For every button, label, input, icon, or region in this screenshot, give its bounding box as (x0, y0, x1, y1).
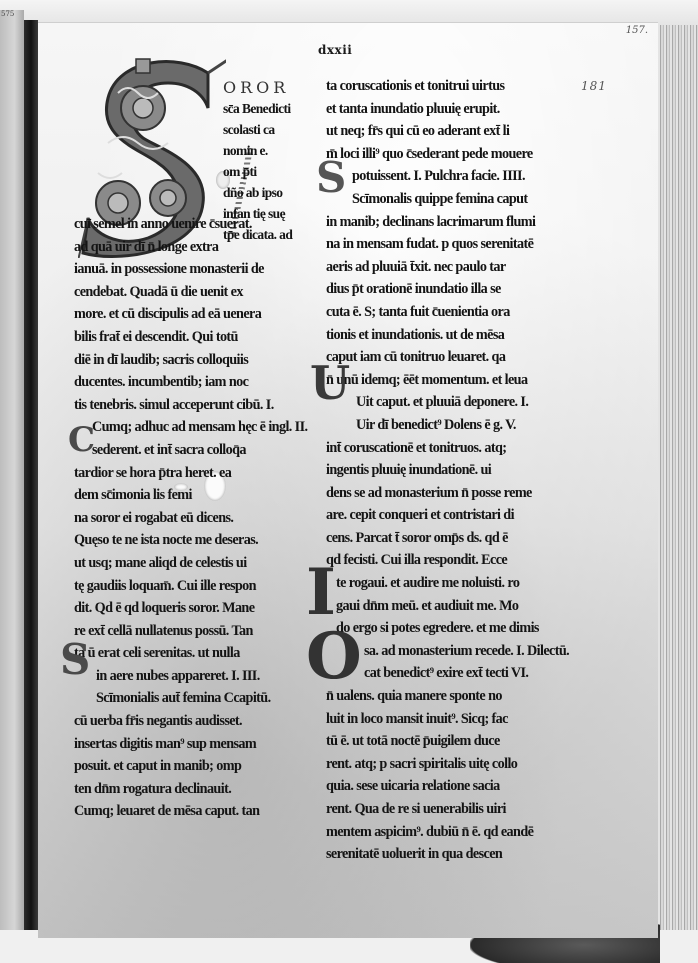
text-line: ducentes. incumbentib; iam noc (74, 371, 344, 394)
text-line: tū ē. ut totā noctē p̄uigilem duce (326, 730, 596, 753)
text-line: serenitatē uoluerit in qua descen (326, 843, 596, 866)
text-line: ten dn̄m rogatura declinauit. (74, 778, 344, 801)
folio-number: 157. (626, 25, 648, 36)
text-line: m̄ loci illi⁹ quo c̄sederant pede mouere (326, 143, 596, 166)
text-line: tardior se hora p̄tra heret. ea (74, 462, 344, 485)
text-line: sederent. et int̄ sacra colloq̄a (74, 439, 344, 462)
page-fore-edge (655, 25, 698, 935)
text-line: bilis frat̄ ei descendit. Qui totū (74, 326, 344, 349)
text-line: in aere nubes appareret. I. III. (74, 665, 344, 688)
text-line: cū uerba fr̄is negantis audisset. (74, 710, 344, 733)
initial-c: C (68, 420, 95, 460)
text-line: more. et cū discipulis ad eā uenera (74, 303, 344, 326)
text-line: luit in loco mansit inuit⁹. Sicq; fac (326, 708, 596, 731)
text-line: Quęso te ne ista nocte me deseras. (74, 529, 344, 552)
text-line: ta coruscationis et tonitrui uirtus (326, 75, 596, 98)
text-line: cens. Parcat t̄ soror omp̄s ds. qd ē (326, 527, 596, 550)
text-line: Cumq; adhuc ad mensam hęc ē ingl. II. (74, 416, 344, 439)
text-line: rent. atq; p sacri spiritalis uitę collo (326, 753, 596, 776)
text-line: ianuā. in possessione monasterii de (74, 258, 344, 281)
text-line: dit. Qd ē qd loqueris soror. Mane (74, 597, 344, 620)
text-line: ingentis pluuię inundationē. ui (326, 459, 596, 482)
text-line: posuit. et caput in manib; omp (74, 755, 344, 778)
initial-u: U (310, 356, 350, 410)
text-line: tę gaudiis loquam̄. Cui ille respon (74, 575, 344, 598)
text-line: mentem aspicim⁹. dubiū n̄ ē. qd eandē (326, 821, 596, 844)
running-head: dxxii (318, 43, 352, 57)
text-line: cendebat. Quadā ū die uenit ex (74, 281, 344, 304)
text-line: cuta ē. S; tanta fuit c̄uenientia ora (326, 301, 596, 324)
text-line: na soror ei rogabat eū dicens. (74, 507, 344, 530)
right-column: ta coruscationis et tonitrui uirtus et t… (326, 75, 596, 866)
text-line: re ext̄ cellā nullatenus possū. Tan (74, 620, 344, 643)
text-line: ut usq; mane aliqd de celestis ui (74, 552, 344, 575)
shelfmark-fragment: 575 (1, 10, 14, 18)
facing-page-edge: 575 (0, 10, 24, 935)
text-line: dius p̄t orationē inundatio illa se (326, 278, 596, 301)
text-line: n̄ ualens. quia manere sponte no (326, 685, 596, 708)
text-line: qd fecisti. Cui illa respondit. Ecce (326, 549, 596, 572)
text-line: tionis et inundationis. ut de mēsa (326, 324, 596, 347)
text-line: Scīmonialis aut̄ femina Ccapitū. (74, 687, 344, 710)
text-line: dens se ad monasterium n̄ posse reme (326, 482, 596, 505)
text-line: tis tenebris. simul acceperunt cibū. I. (74, 394, 344, 417)
text-line: dem sc̄imonia lis femi (74, 484, 344, 507)
text-line: aeris ad pluuiā t̄xit. nec paulo tar (326, 256, 596, 279)
text-line: n̄ unū idemq; ēēt momentum. et leua (326, 369, 596, 392)
text-line: Scīmonalis quippe femina caput (326, 188, 596, 211)
text-line: Cumq; leuaret de mēsa caput. tan (74, 800, 344, 823)
left-column: cuī semel in anno uenire c̄suerat. ad qu… (74, 213, 344, 823)
text-line: diē in dī laudib; sacris colloquiis (74, 349, 344, 372)
text-line: ta ū erat celi serenitas. ut nulla (74, 642, 344, 665)
text-line: Uir dī benedict⁹ Dolens ē g. V. (326, 414, 596, 437)
text-line: potuissent. I. Pulchra facie. IIII. (326, 165, 596, 188)
text-line: cuī semel in anno uenire c̄suerat. (74, 213, 344, 236)
manuscript-page: 157. dxxii 181 OROR sc̄a Benedicti scola… (38, 22, 658, 938)
text-line: in manib; declinans lacrimarum flumi (326, 211, 596, 234)
text-line: Uit caput. et pluuiā deponere. I. (326, 391, 596, 414)
text-line: ut neq; fr̄s qui cū eo aderant ext̄ li (326, 120, 596, 143)
text-line: insertas digitis man⁹ sup mensam (74, 733, 344, 756)
text-line: et tanta inundatio pluuię erupit. (326, 98, 596, 121)
text-line: cat benedict⁹ exire ext̄ tecti VI. (326, 662, 596, 685)
text-line: na in mensam fudat. p quos serenitatē (326, 233, 596, 256)
text-line: ad quā uir dī n̄ longe extra (74, 236, 344, 259)
text-line: gaui dn̄m meū. et audiuit me. Mo (326, 595, 596, 618)
text-line: te rogaui. et audire me noluisti. ro (326, 572, 596, 595)
book-gutter (24, 20, 38, 940)
initial-i-o: IO (306, 561, 362, 689)
text-line: rent. Qua de re si uenerabilis uiri (326, 798, 596, 821)
text-line: int̄ coruscationē et tonitruos. atq; (326, 437, 596, 460)
text-line: caput iam cū tonitruo leuaret. qa (326, 346, 596, 369)
text-line: do ergo si potes egredere. et me dimis (326, 617, 596, 640)
text-line: sa. ad monasterium recede. I. Dilectū. (326, 640, 596, 663)
text-line: quia. sese uicaria relatione sacia (326, 775, 596, 798)
text-line: are. cepit conqueri et contristari di (326, 504, 596, 527)
initial-s: S (60, 635, 90, 684)
initial-s: S (316, 153, 346, 202)
